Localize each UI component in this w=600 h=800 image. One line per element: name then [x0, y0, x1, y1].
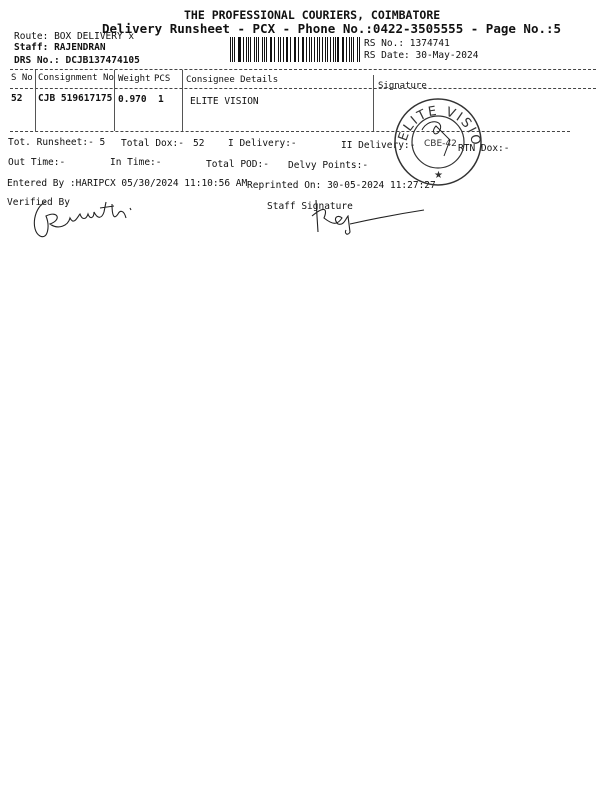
barcode-bar: [349, 37, 350, 62]
column-header-consignment: Consignment No: [38, 73, 114, 83]
barcode-bar: [357, 37, 358, 62]
column-header-sno: S No: [11, 73, 33, 83]
route-label: Route:: [14, 31, 48, 42]
column-header-weight: Weight: [118, 74, 151, 84]
cell-consignee: ELITE VISION: [190, 96, 259, 107]
out-time-label: Out Time:-: [8, 157, 65, 168]
staff-row: Staff: RAJENDRAN: [14, 42, 106, 53]
route-row: Route: BOX DELIVERY x: [14, 31, 134, 42]
company-name: THE PROFESSIONAL COURIERS, COIMBATORE: [184, 8, 440, 22]
barcode-bar: [250, 37, 251, 62]
cell-pcs: 1: [158, 94, 164, 105]
barcode-bar: [278, 37, 279, 62]
table-header-divider: [10, 88, 596, 89]
i-delivery-label: I Delivery:-: [228, 138, 297, 149]
cell-weight: 0.970: [118, 94, 147, 105]
stamp-center-text: CBE-42: [424, 139, 457, 149]
barcode-bar: [333, 37, 334, 62]
cell-consignment: CJB 519617175: [38, 93, 112, 104]
company-stamp: ELITE VISION CBE-42 ★: [392, 96, 484, 188]
staff-signature: [298, 196, 428, 236]
in-time-label: In Time:-: [110, 157, 161, 168]
table-top-divider: [10, 69, 596, 70]
rs-no-label: RS No.:: [364, 38, 404, 49]
tot-runsheet: Tot. Runsheet:- 5: [8, 137, 105, 148]
barcode-bar: [258, 37, 259, 62]
barcode-bar: [238, 37, 239, 62]
total-pod-label: Total POD:-: [206, 159, 269, 170]
barcode-bar: [359, 37, 360, 62]
barcode-bar: [287, 37, 288, 62]
barcode-bar: [230, 37, 231, 62]
barcode-bar: [325, 37, 326, 62]
drs-row: DRS No.: DCJB137474105: [14, 55, 140, 66]
column-divider: [114, 70, 115, 131]
svg-text:★: ★: [434, 170, 443, 181]
barcode-bar: [311, 37, 312, 62]
barcode-bar: [295, 37, 296, 62]
total-dox-value: 52: [193, 138, 204, 149]
table-bottom-divider: [10, 131, 570, 132]
rs-date-row: RS Date: 30-May-2024: [364, 50, 478, 61]
barcode-bar: [239, 37, 240, 62]
cell-sno: 52: [11, 93, 22, 104]
verified-by-signature: [28, 196, 138, 241]
rs-date-value: 30-May-2024: [416, 50, 479, 61]
rs-no-row: RS No.: 1374741: [364, 38, 450, 49]
column-divider: [182, 70, 183, 131]
column-divider: [35, 70, 36, 131]
column-header-consignee: Consignee Details: [186, 75, 278, 85]
barcode-bar: [337, 37, 338, 62]
barcode-bar: [280, 37, 281, 62]
drs-label: DRS No.:: [14, 55, 60, 66]
column-divider: [373, 75, 374, 131]
route-value: BOX DELIVERY x: [54, 31, 134, 42]
rs-date-label: RS Date:: [364, 50, 410, 61]
column-header-signature: Signature: [378, 81, 427, 91]
column-header-pcs: PCS: [154, 74, 170, 84]
barcode-bar: [254, 37, 255, 62]
staff-label: Staff:: [14, 42, 48, 53]
total-dox-label: Total Dox:-: [121, 138, 184, 149]
barcode-bar: [266, 37, 267, 62]
delvy-points-label: Delvy Points:-: [288, 160, 368, 171]
barcode-bar: [342, 37, 343, 62]
tot-runsheet-label: Tot. Runsheet:-: [8, 137, 94, 148]
rs-no-value: 1374741: [410, 38, 450, 49]
barcode-bar: [309, 37, 310, 62]
drs-value: DCJB137474105: [66, 55, 140, 66]
barcode: [230, 37, 362, 62]
barcode-bar: [302, 37, 303, 62]
runsheet-title: Delivery Runsheet - PCX - Phone No.:0422…: [102, 21, 561, 36]
staff-value: RAJENDRAN: [54, 42, 105, 53]
barcode-bar: [274, 37, 275, 62]
entered-by: Entered By :HARIPCX 05/30/2024 11:10:56 …: [7, 178, 247, 189]
tot-runsheet-value: 5: [100, 137, 106, 148]
barcode-bar: [319, 37, 320, 62]
